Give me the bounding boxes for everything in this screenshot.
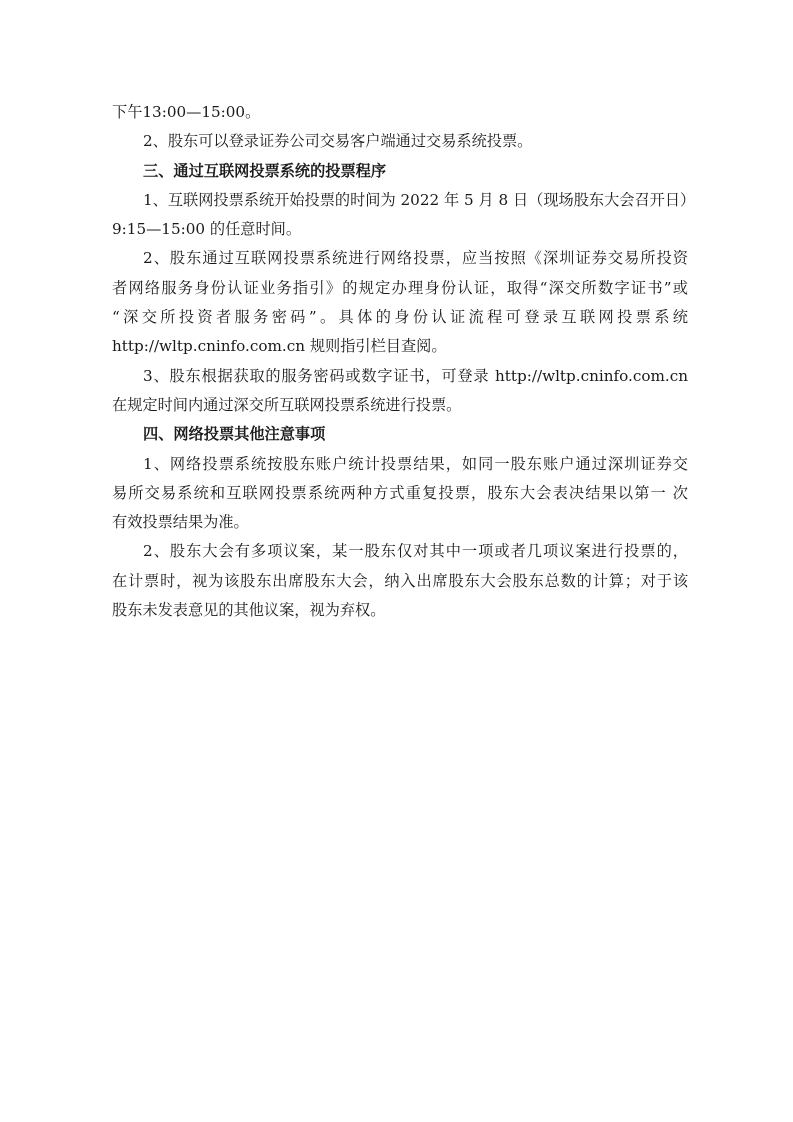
text-line-note-2-start: 2、股东大会有多项议案，某一股东仅对其中一项或者几项议案进行投票的，	[112, 537, 688, 566]
text-line-item-2-cont2: “深交所投资者服务密码”。具体的身份认证流程可登录互联网投票系统	[112, 303, 688, 332]
section-heading-3: 三、通过互联网投票系统的投票程序	[112, 157, 688, 186]
text-line-note-2-cont: 在计票时，视为该股东出席股东大会，纳入出席股东大会股东总数的计算；对于该	[112, 567, 688, 596]
text-line-note-1-end: 有效投票结果为准。	[112, 508, 688, 537]
text-line-item-2-cont1: 者网络服务身份认证业务指引》的规定办理身份认证，取得“深交所数字证书”或	[112, 274, 688, 303]
text-line-note-2-end: 股东未发表意见的其他议案，视为弃权。	[112, 596, 688, 625]
section-heading-4: 四、网络投票其他注意事项	[112, 420, 688, 449]
text-line-item-3-start: 3、股东根据获取的服务密码或数字证书，可登录 http://wltp.cninf…	[112, 362, 688, 391]
text-line-note-1-cont: 易所交易系统和互联网投票系统两种方式重复投票，股东大会表决结果以第一 次	[112, 479, 688, 508]
document-page: 下午13:00—15:00。 2、股东可以登录证券公司交易客户端通过交易系统投票…	[112, 98, 688, 625]
text-line-item-1-start: 1、互联网投票系统开始投票的时间为 2022 年 5 月 8 日（现场股东大会召…	[112, 186, 688, 215]
text-line-note-1-start: 1、网络投票系统按股东账户统计投票结果，如同一股东账户通过深圳证券交	[112, 450, 688, 479]
text-line-item-2-start: 2、股东通过互联网投票系统进行网络投票，应当按照《深圳证券交易所投资	[112, 244, 688, 273]
text-line-item-1-end: 9:15—15:00 的任意时间。	[112, 215, 688, 244]
text-line-item-2-trading-client: 2、股东可以登录证券公司交易客户端通过交易系统投票。	[112, 127, 688, 156]
text-line-continuation-time: 下午13:00—15:00。	[112, 98, 688, 127]
text-line-item-3-end: 在规定时间内通过深交所互联网投票系统进行投票。	[112, 391, 688, 420]
text-line-item-2-end: http://wltp.cninfo.com.cn 规则指引栏目查阅。	[112, 332, 688, 361]
